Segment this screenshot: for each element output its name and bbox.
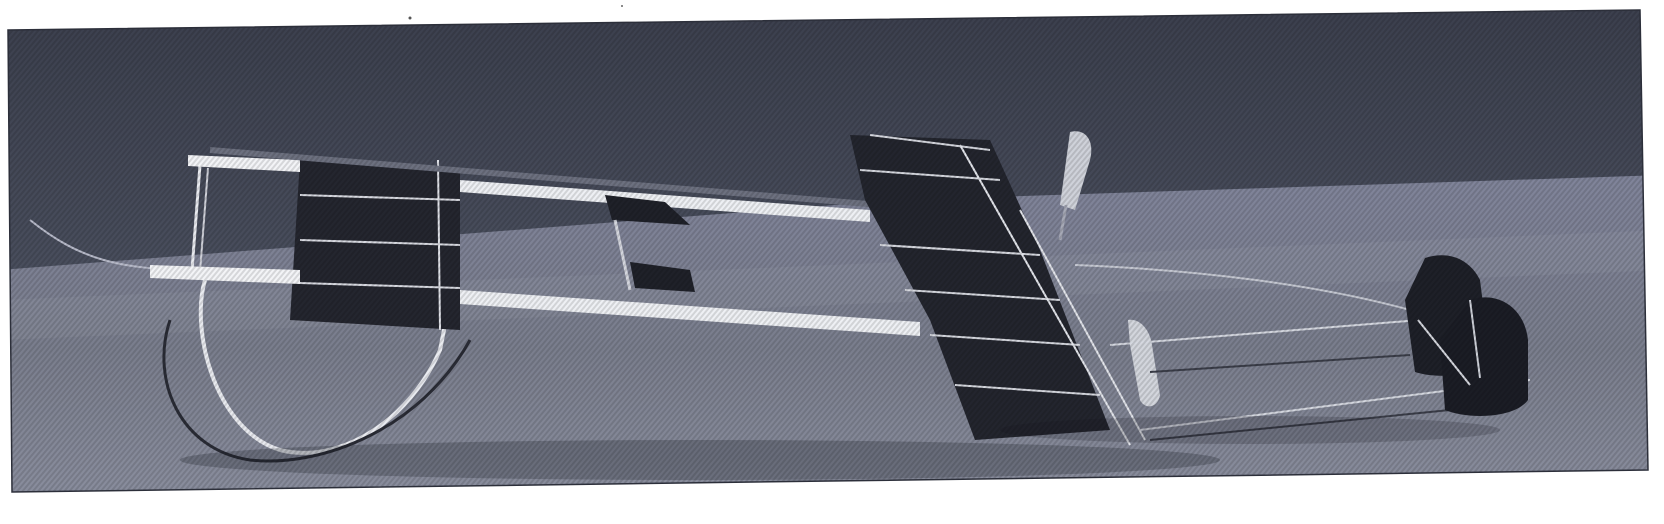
model-aircraft-photo xyxy=(0,0,1664,524)
photograph: Black-and-white halftone photograph of a… xyxy=(0,0,1664,524)
photo-content xyxy=(0,0,1664,524)
